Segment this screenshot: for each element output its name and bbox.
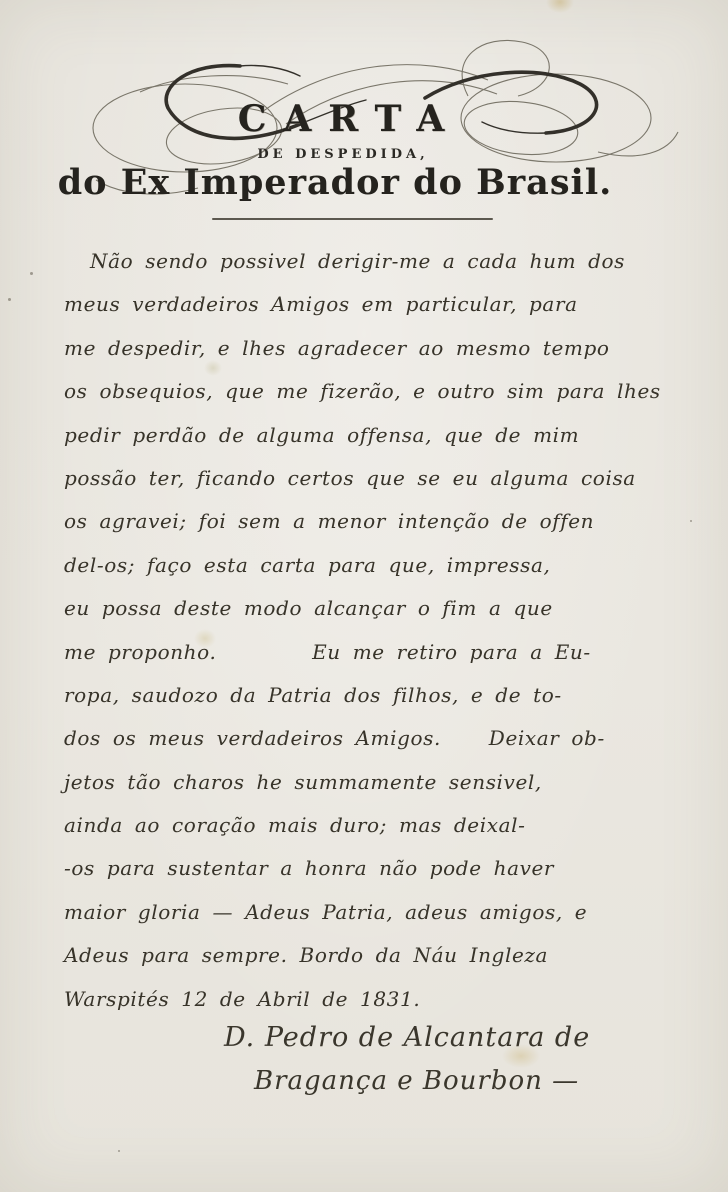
letter-line: pedir perdão de alguma offensa, que de m… xyxy=(64,414,674,457)
letter-line: del-os; faço esta carta para que, impres… xyxy=(64,544,674,587)
signature-line: D. Pedro de Alcantara de xyxy=(224,1022,728,1053)
letter-line: Adeus para sempre. Bordo da Náu Ingleza xyxy=(64,934,674,977)
letter-line: -os para sustentar a honra não pode have… xyxy=(64,847,674,890)
title-subtitle: DE DESPEDIDA, xyxy=(0,147,682,162)
letter-line: eu possa deste modo alcançar o fim a que xyxy=(64,587,674,630)
letter-line: Warspités 12 de Abril de 1831. xyxy=(64,978,674,1021)
letter-line: ainda ao coração mais duro; mas deixal- xyxy=(64,804,674,847)
signature-line: Bragança e Bourbon — xyxy=(254,1066,728,1096)
letter-line: Não sendo possivel derigir-me a cada hum… xyxy=(64,240,674,283)
letter-line: meus verdadeiros Amigos em particular, p… xyxy=(64,283,674,326)
title-carta: CARTA xyxy=(0,98,682,140)
letter-line: me despedir, e lhes agradecer ao mesmo t… xyxy=(64,327,674,370)
paper-speck xyxy=(118,1150,120,1152)
letter-line: maior gloria — Adeus Patria, adeus amigo… xyxy=(64,891,674,934)
letter-line: dos os meus verdadeiros Amigos. Deixar o… xyxy=(64,717,674,760)
title-rule-divider xyxy=(212,218,493,220)
title-imperial-line: do Ex Imperador do Brasil. xyxy=(0,162,670,203)
paper-speck xyxy=(8,298,11,301)
letter-line: jetos tão charos he summamente sensivel, xyxy=(64,761,674,804)
paper-speck xyxy=(690,520,692,522)
letter-line: possão ter, ficando certos que se eu alg… xyxy=(64,457,674,500)
letter-line: os obsequios, que me fizerão, e outro si… xyxy=(64,370,674,413)
letter-line: ropa, saudozo da Patria dos filhos, e de… xyxy=(64,674,674,717)
letter-line: os agravei; foi sem a menor intenção de … xyxy=(64,500,674,543)
paper-stain xyxy=(546,0,574,13)
document-page: CARTA DE DESPEDIDA, do Ex Imperador do B… xyxy=(0,0,728,1192)
letter-body: Não sendo possivel derigir-me a cada hum… xyxy=(64,240,674,1021)
paper-speck xyxy=(30,272,33,275)
letter-line: me proponho. Eu me retiro para a Eu- xyxy=(64,631,674,674)
signature-block: D. Pedro de Alcantara de Bragança e Bour… xyxy=(0,1022,728,1096)
